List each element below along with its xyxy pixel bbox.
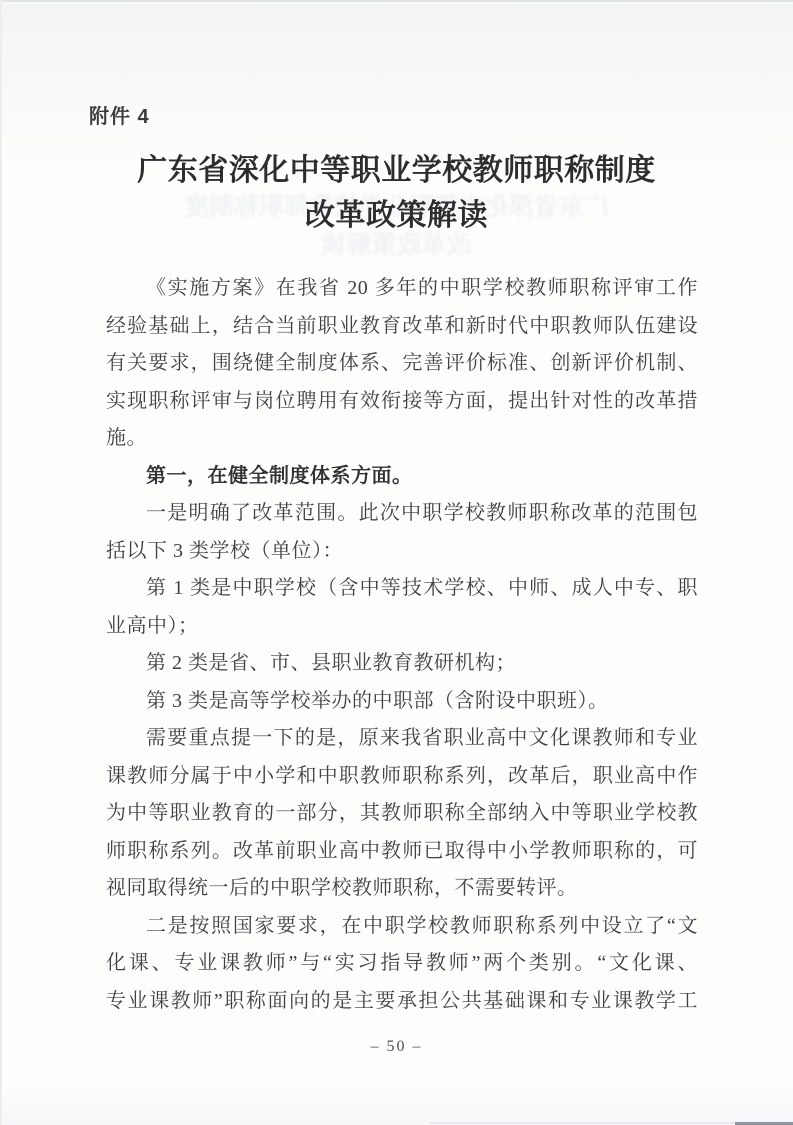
document-line: 第一，在健全制度体系方面。 xyxy=(106,458,698,496)
document-line: 实现职称评审与岗位聘用有效衔接等方面，提出针对性的改革措 xyxy=(106,383,698,421)
document-line: 有关要求，围绕健全制度体系、完善评价标准、创新评价机制、 xyxy=(106,345,698,383)
document-line: 一是明确了改革范围。此次中职学校教师职称改革的范围包 xyxy=(106,495,698,533)
document-title: 广东省深化中等职业学校教师职称制度 改革政策解读 xyxy=(0,148,793,238)
scan-edge-top xyxy=(0,0,793,2)
document-line: 业高中）； xyxy=(106,608,698,646)
document-line: 经验基础上，结合当前职业教育改革和新时代中职教师队伍建设 xyxy=(106,308,698,346)
document-line: 为中等职业教育的一部分，其教师职称全部纳入中等职业学校教 xyxy=(106,795,698,833)
document-body: 《实施方案》在我省 20 多年的中职学校教师职称评审工作经验基础上，结合当前职业… xyxy=(106,270,698,1020)
document-line: 专业课教师”职称面向的是主要承担公共基础课和专业课教学工 xyxy=(106,983,698,1021)
document-line: 第 1 类是中职学校（含中等技术学校、中师、成人中专、职 xyxy=(106,570,698,608)
attachment-label: 附件 4 xyxy=(89,100,150,129)
document-line: 第 3 类是高等学校举办的中职部（含附设中职班）。 xyxy=(106,683,698,721)
document-line: 《实施方案》在我省 20 多年的中职学校教师职称评审工作 xyxy=(106,270,698,308)
document-line: 课教师分属于中小学和中职教师职称系列，改革后，职业高中作 xyxy=(106,758,698,796)
scan-edge-bottom xyxy=(430,1122,793,1124)
document-line: 化课、专业课教师”与“实习指导教师”两个类别。“文化课、 xyxy=(106,945,698,983)
document-line: 施。 xyxy=(106,420,698,458)
document-line: 第 2 类是省、市、县职业教育教研机构； xyxy=(106,645,698,683)
document-line: 二是按照国家要求，在中职学校教师职称系列中设立了“文 xyxy=(106,908,698,946)
document-line: 括以下 3 类学校（单位）： xyxy=(106,533,698,571)
document-title-line-1: 广东省深化中等职业学校教师职称制度 xyxy=(0,148,793,193)
document-line: 视同取得统一后的中职学校教师职称，不需要转评。 xyxy=(106,870,698,908)
document-line: 需要重点提一下的是，原来我省职业高中文化课教师和专业 xyxy=(106,720,698,758)
document-page: 附件 4 广东省深化中等职业学校教师职称制度 改革政策解读 广东省深化中等职业学… xyxy=(0,0,793,1125)
page-number: – 50 – xyxy=(0,1038,793,1056)
document-line: 师职称系列。改革前职业高中教师已取得中小学教师职称的，可 xyxy=(106,833,698,871)
document-title-line-2: 改革政策解读 xyxy=(0,193,793,238)
